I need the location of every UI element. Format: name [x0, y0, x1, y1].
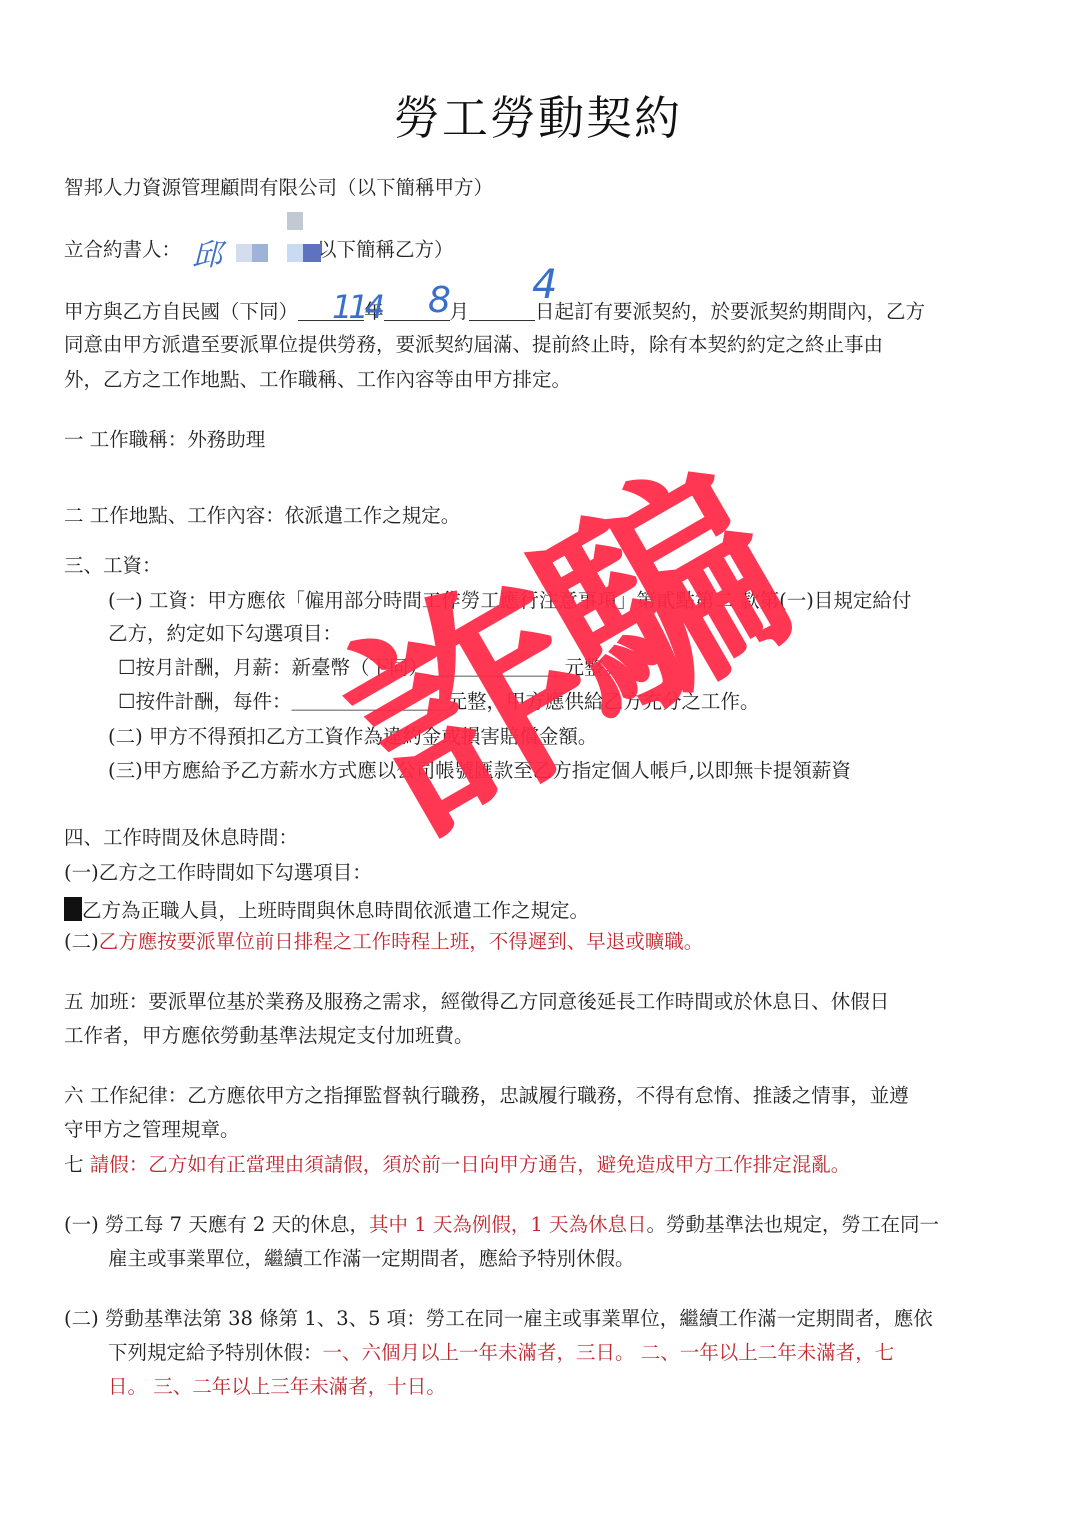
section-3-2: (二) 甲方不得預扣乙方工資作為違約金或損害賠償金額。 — [108, 727, 597, 747]
signature-handwriting: 邱 — [192, 230, 222, 274]
intro-line-1: 甲方與乙方自民國（下同）年月日起訂有要派契約，於要派契約期間內，乙方 — [64, 300, 925, 322]
fraud-stamp-text: 詐騙 — [265, 415, 865, 894]
intro-line-2: 同意由甲方派遣至要派單位提供勞務，要派契約屆滿、提前終止時，除有本契約約定之終止… — [64, 335, 883, 355]
section-4-2: (二)乙方應按要派單位前日排程之工作時程上班，不得遲到、早退或曠職。 — [64, 932, 703, 952]
section-6-line-1: 六 工作紀律：乙方應依甲方之指揮監督執行職務，忠誠履行職務，不得有怠惰、推諉之情… — [64, 1086, 909, 1106]
party-b-label: 立合約書人： — [64, 238, 181, 261]
leave-note-2-line-3: 日。 三、二年以上三年未滿者，十日。 — [108, 1377, 446, 1397]
leave-note-1-line-1: (一) 勞工每 7 天應有 2 天的休息，其中 1 天為例假，1 天為休息日。勞… — [64, 1215, 939, 1235]
section-1-job-title: 一 工作職稱：外務助理 — [64, 430, 265, 450]
section-4-option: 乙方為正職人員，上班時間與休息時間依派遣工作之規定。 — [64, 897, 589, 921]
month-handwriting: 8 — [428, 280, 451, 321]
fraud-stamp-overlay: 詐騙 — [285, 470, 845, 890]
contract-page: 勞工勞動契約 智邦人力資源管理顧問有限公司（以下簡稱甲方） 立合約書人：以下簡稱… — [0, 0, 1076, 1521]
piece-pay-option: ☐按件計酬，每件：＿＿＿＿＿＿＿＿元整，甲方應供給乙方充分之工作。 — [118, 692, 759, 712]
section-2-location: 二 工作地點、工作內容：依派遣工作之規定。 — [64, 506, 460, 526]
checked-box-icon — [64, 897, 82, 921]
section-3-1-line-2: 乙方，約定如下勾選項目： — [108, 624, 342, 644]
section-3-3: (三)甲方應給予乙方薪水方式應以公司帳號匯款至乙方指定個人帳戶,以即無卡提領薪資 — [108, 761, 851, 781]
leave-note-2-line-2: 下列規定給予特別休假：一、六個月以上一年未滿者，三日。 二、一年以上二年未滿者，… — [108, 1343, 894, 1363]
document-title: 勞工勞動契約 — [0, 82, 1076, 148]
monthly-pay-option: ☐按月計酬，月薪：新臺幣（下同）＿＿＿＿＿＿＿元整。 — [118, 658, 623, 678]
section-3-heading: 三、工資： — [64, 556, 162, 576]
intro-line-3: 外，乙方之工作地點、工作職稱、工作內容等由甲方排定。 — [64, 370, 571, 390]
day-field — [469, 300, 535, 321]
section-4-1: (一)乙方之工作時間如下勾選項目： — [64, 863, 372, 883]
party-a-line: 智邦人力資源管理顧問有限公司（以下簡稱甲方） — [64, 178, 493, 198]
year-handwriting: 114 — [332, 288, 381, 326]
leave-note-1-line-2: 雇主或事業單位，繼續工作滿一定期間者，應給予特別休假。 — [108, 1249, 635, 1269]
section-7-leave: 七 請假：乙方如有正當理由須請假，須於前一日向甲方通告，避免造成甲方工作排定混亂… — [64, 1155, 850, 1175]
section-3-1-line-1: (一) 工資：甲方應依「僱用部分時間工作勞工應行注意事項」第貳點第二 款第(一)… — [108, 591, 911, 611]
section-5-line-2: 工作者，甲方應依勞動基準法規定支付加班費。 — [64, 1026, 474, 1046]
section-6-line-2: 守甲方之管理規章。 — [64, 1120, 240, 1140]
party-b-suffix: 以下簡稱乙方） — [317, 238, 454, 261]
redacted-name-block — [232, 244, 328, 262]
leave-note-2-line-1: (二) 勞動基準法第 38 條第 1、3、5 項：勞工在同一雇主或事業單位，繼續… — [64, 1309, 933, 1329]
section-4-heading: 四、工作時間及休息時間： — [64, 828, 298, 848]
section-5-line-1: 五 加班：要派單位基於業務及服務之需求，經徵得乙方同意後延長工作時間或於休息日、… — [64, 992, 889, 1012]
day-handwriting: 4 — [532, 262, 557, 308]
